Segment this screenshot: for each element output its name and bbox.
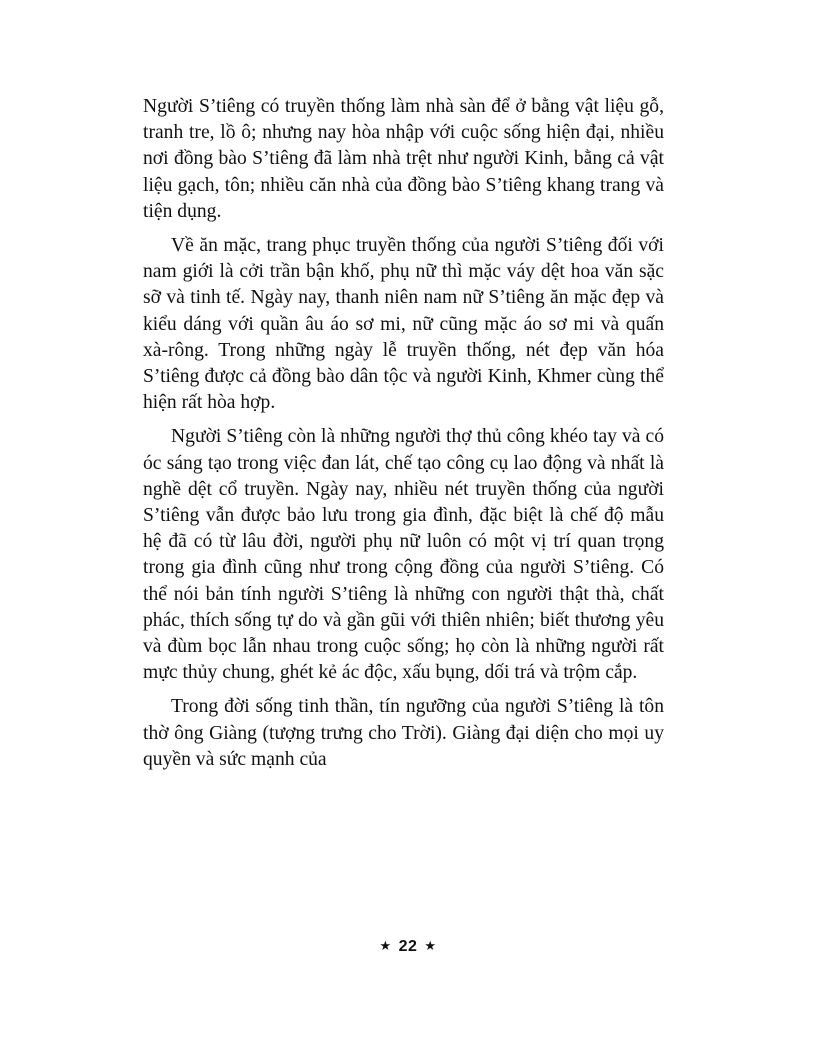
star-icon: ★ — [424, 938, 436, 954]
paragraph-beliefs: Trong đời sống tinh thần, tín ngưỡng của… — [143, 694, 664, 773]
paragraph-clothing: Về ăn mặc, trang phục truyền thống của n… — [143, 233, 664, 416]
page-footer: ★22★ — [0, 938, 816, 956]
paragraph-housing: Người S’tiêng có truyền thống làm nhà sà… — [143, 94, 664, 225]
star-icon: ★ — [379, 938, 391, 954]
document-page: Người S’tiêng có truyền thống làm nhà sà… — [143, 94, 664, 781]
paragraph-crafts-and-character: Người S’tiêng còn là những người thợ thủ… — [143, 424, 664, 686]
page-number: 22 — [399, 938, 418, 955]
